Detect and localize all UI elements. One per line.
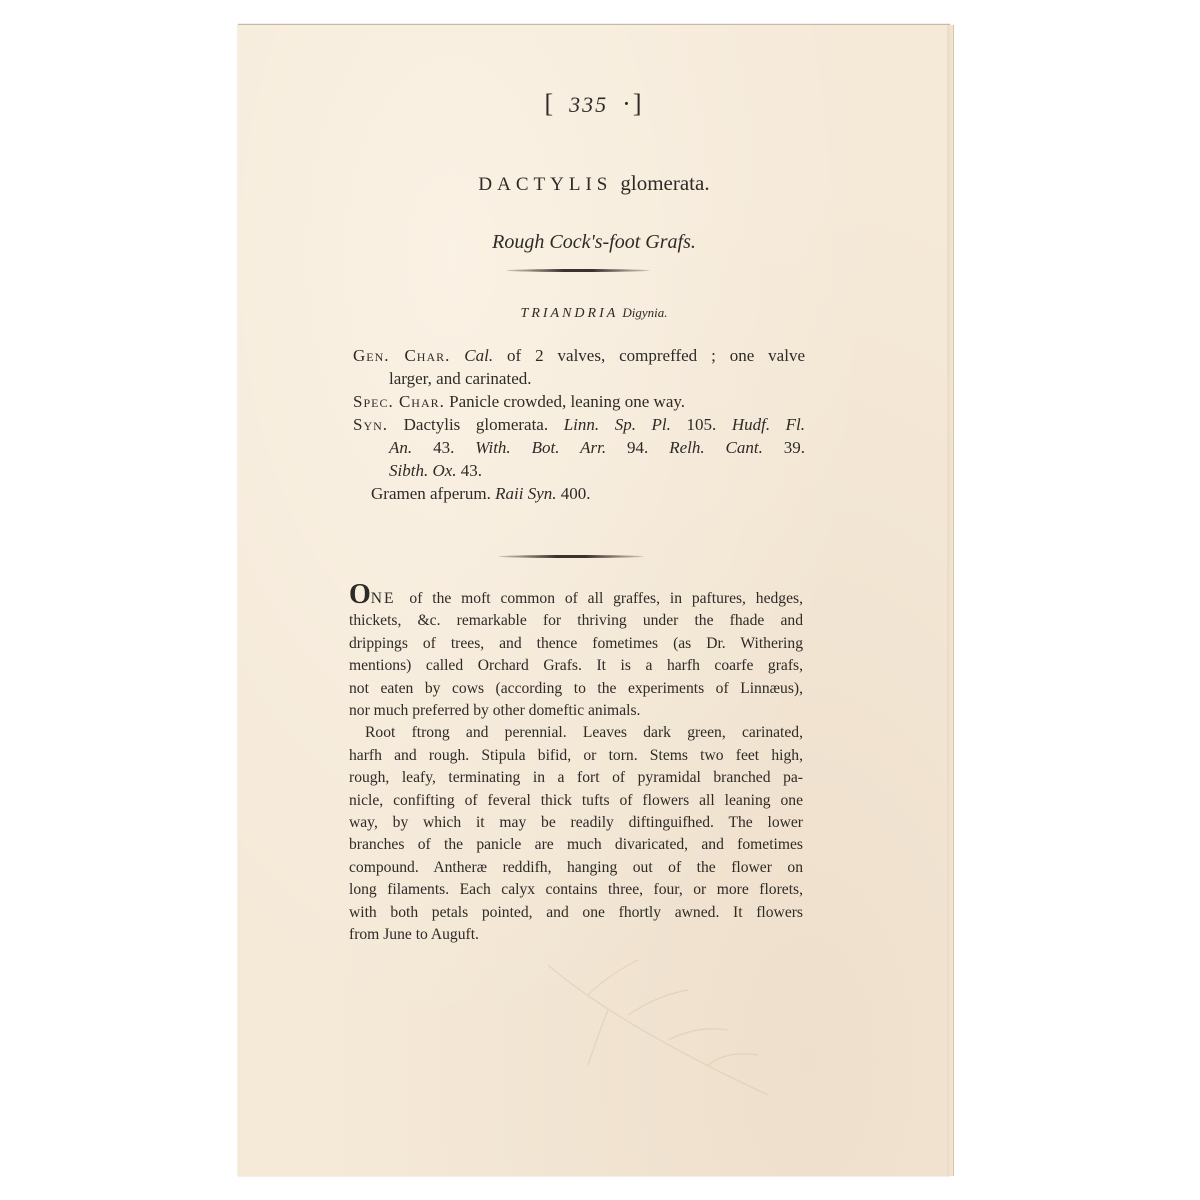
text-line: from June to Auguft. bbox=[349, 924, 803, 946]
title-species: glomerata. bbox=[620, 171, 709, 195]
text-line: with both petals pointed, and one fhortl… bbox=[349, 902, 803, 924]
page-title: DACTYLISglomerata. bbox=[238, 171, 950, 196]
gen-char-label: Gen. Char. bbox=[353, 346, 450, 365]
syn-num: 43. bbox=[433, 438, 454, 457]
gen-char-text: of 2 valves, compreffed ; one valve bbox=[507, 346, 805, 365]
gen-char-cal: Cal. bbox=[464, 346, 493, 365]
synonyms: Syn. Dactylis glomerata. Linn. Sp. Pl. 1… bbox=[353, 413, 805, 482]
gen-char-continued: larger, and carinated. bbox=[353, 367, 805, 390]
text-line: of the moft common of all graffes, in pa… bbox=[409, 590, 803, 607]
text-line: nor much preferred by other domeftic ani… bbox=[349, 700, 803, 722]
syn-label: Syn. bbox=[353, 415, 388, 434]
text-line: compound. Antheræ reddifh, hanging out o… bbox=[349, 857, 803, 879]
gramen-ref-ray: Raii Syn. bbox=[495, 484, 556, 503]
paragraph-2: Root ftrong and perennial. Leaves dark g… bbox=[349, 722, 803, 946]
text-line: branches of the panicle are much divaric… bbox=[349, 834, 803, 856]
syn-ref-an: An. bbox=[389, 438, 412, 457]
text-line: not eaten by cows (according to the expe… bbox=[349, 678, 803, 700]
gramen-name: Gramen afperum. bbox=[371, 484, 491, 503]
plant-offset-ghost-image bbox=[528, 955, 778, 1105]
generic-character: Gen. Char. Cal. of 2 valves, compreffed … bbox=[353, 344, 805, 390]
syn-num: 105. bbox=[687, 415, 717, 434]
botanical-characters: Gen. Char. Cal. of 2 valves, compreffed … bbox=[353, 344, 805, 505]
classification: TRIANDRIADigynia. bbox=[238, 305, 950, 322]
syn-name: Dactylis glomerata. bbox=[404, 415, 548, 434]
text-line: way, by which it may be readily diftingu… bbox=[349, 812, 803, 834]
syn-ref-linn: Linn. Sp. Pl. bbox=[564, 415, 671, 434]
syn-ref-relhan: Relh. Cant. bbox=[669, 438, 763, 457]
page-number-open-bracket: [ bbox=[545, 89, 556, 118]
page-number-close-bracket: ·] bbox=[622, 89, 643, 118]
syn-ref-withering: With. Bot. Arr. bbox=[475, 438, 606, 457]
spec-char-label: Spec. Char. bbox=[353, 392, 445, 411]
paragraph-1: ONE of the moft common of all graffes, i… bbox=[349, 581, 803, 722]
text-line: long filaments. Each calyx contains thre… bbox=[349, 879, 803, 901]
page-number-value: 335 bbox=[569, 92, 608, 117]
divider-rule-top bbox=[506, 269, 650, 272]
order-name: Digynia. bbox=[622, 305, 667, 320]
book-page: [335·] DACTYLISglomerata. Rough Cock's-f… bbox=[238, 24, 950, 1176]
text-line: drippings of trees, and thence fometimes… bbox=[349, 633, 803, 655]
syn-num: 94. bbox=[627, 438, 648, 457]
syn-num: 43. bbox=[461, 461, 482, 480]
text-line: thickets, &c. remarkable for thriving un… bbox=[349, 610, 803, 632]
common-name: Rough Cock's-foot Grafs. bbox=[238, 231, 950, 254]
page-deckled-edge bbox=[947, 25, 954, 1176]
text-line: mentions) called Orchard Grafs. It is a … bbox=[349, 655, 803, 677]
text-line: nicle, confifting of feveral thick tufts… bbox=[349, 790, 803, 812]
syn-ref-hudson: Hudf. Fl. bbox=[732, 415, 805, 434]
text-line: rough, leafy, terminating in a fort of p… bbox=[349, 767, 803, 789]
drop-cap: O bbox=[349, 579, 371, 610]
divider-rule-bottom bbox=[498, 555, 644, 558]
title-genus: DACTYLIS bbox=[478, 174, 612, 195]
syn-num: 39. bbox=[784, 438, 805, 457]
drop-cap-smallcaps: NE bbox=[371, 590, 396, 607]
spec-char-text: Panicle crowded, leaning one way. bbox=[449, 392, 685, 411]
text-line: Root ftrong and perennial. Leaves dark g… bbox=[349, 722, 803, 744]
text-line: harfh and rough. Stipula bifid, or torn.… bbox=[349, 745, 803, 767]
specific-character: Spec. Char. Panicle crowded, leaning one… bbox=[353, 390, 805, 413]
gramen-num: 400. bbox=[561, 484, 591, 503]
class-name: TRIANDRIA bbox=[521, 306, 619, 321]
syn-ref-sibthorp: Sibth. Ox. bbox=[389, 461, 457, 480]
gramen-synonym: Gramen afperum. Raii Syn. 400. bbox=[353, 482, 805, 505]
description-text: ONE of the moft common of all graffes, i… bbox=[349, 581, 803, 947]
page-number: [335·] bbox=[238, 89, 950, 119]
